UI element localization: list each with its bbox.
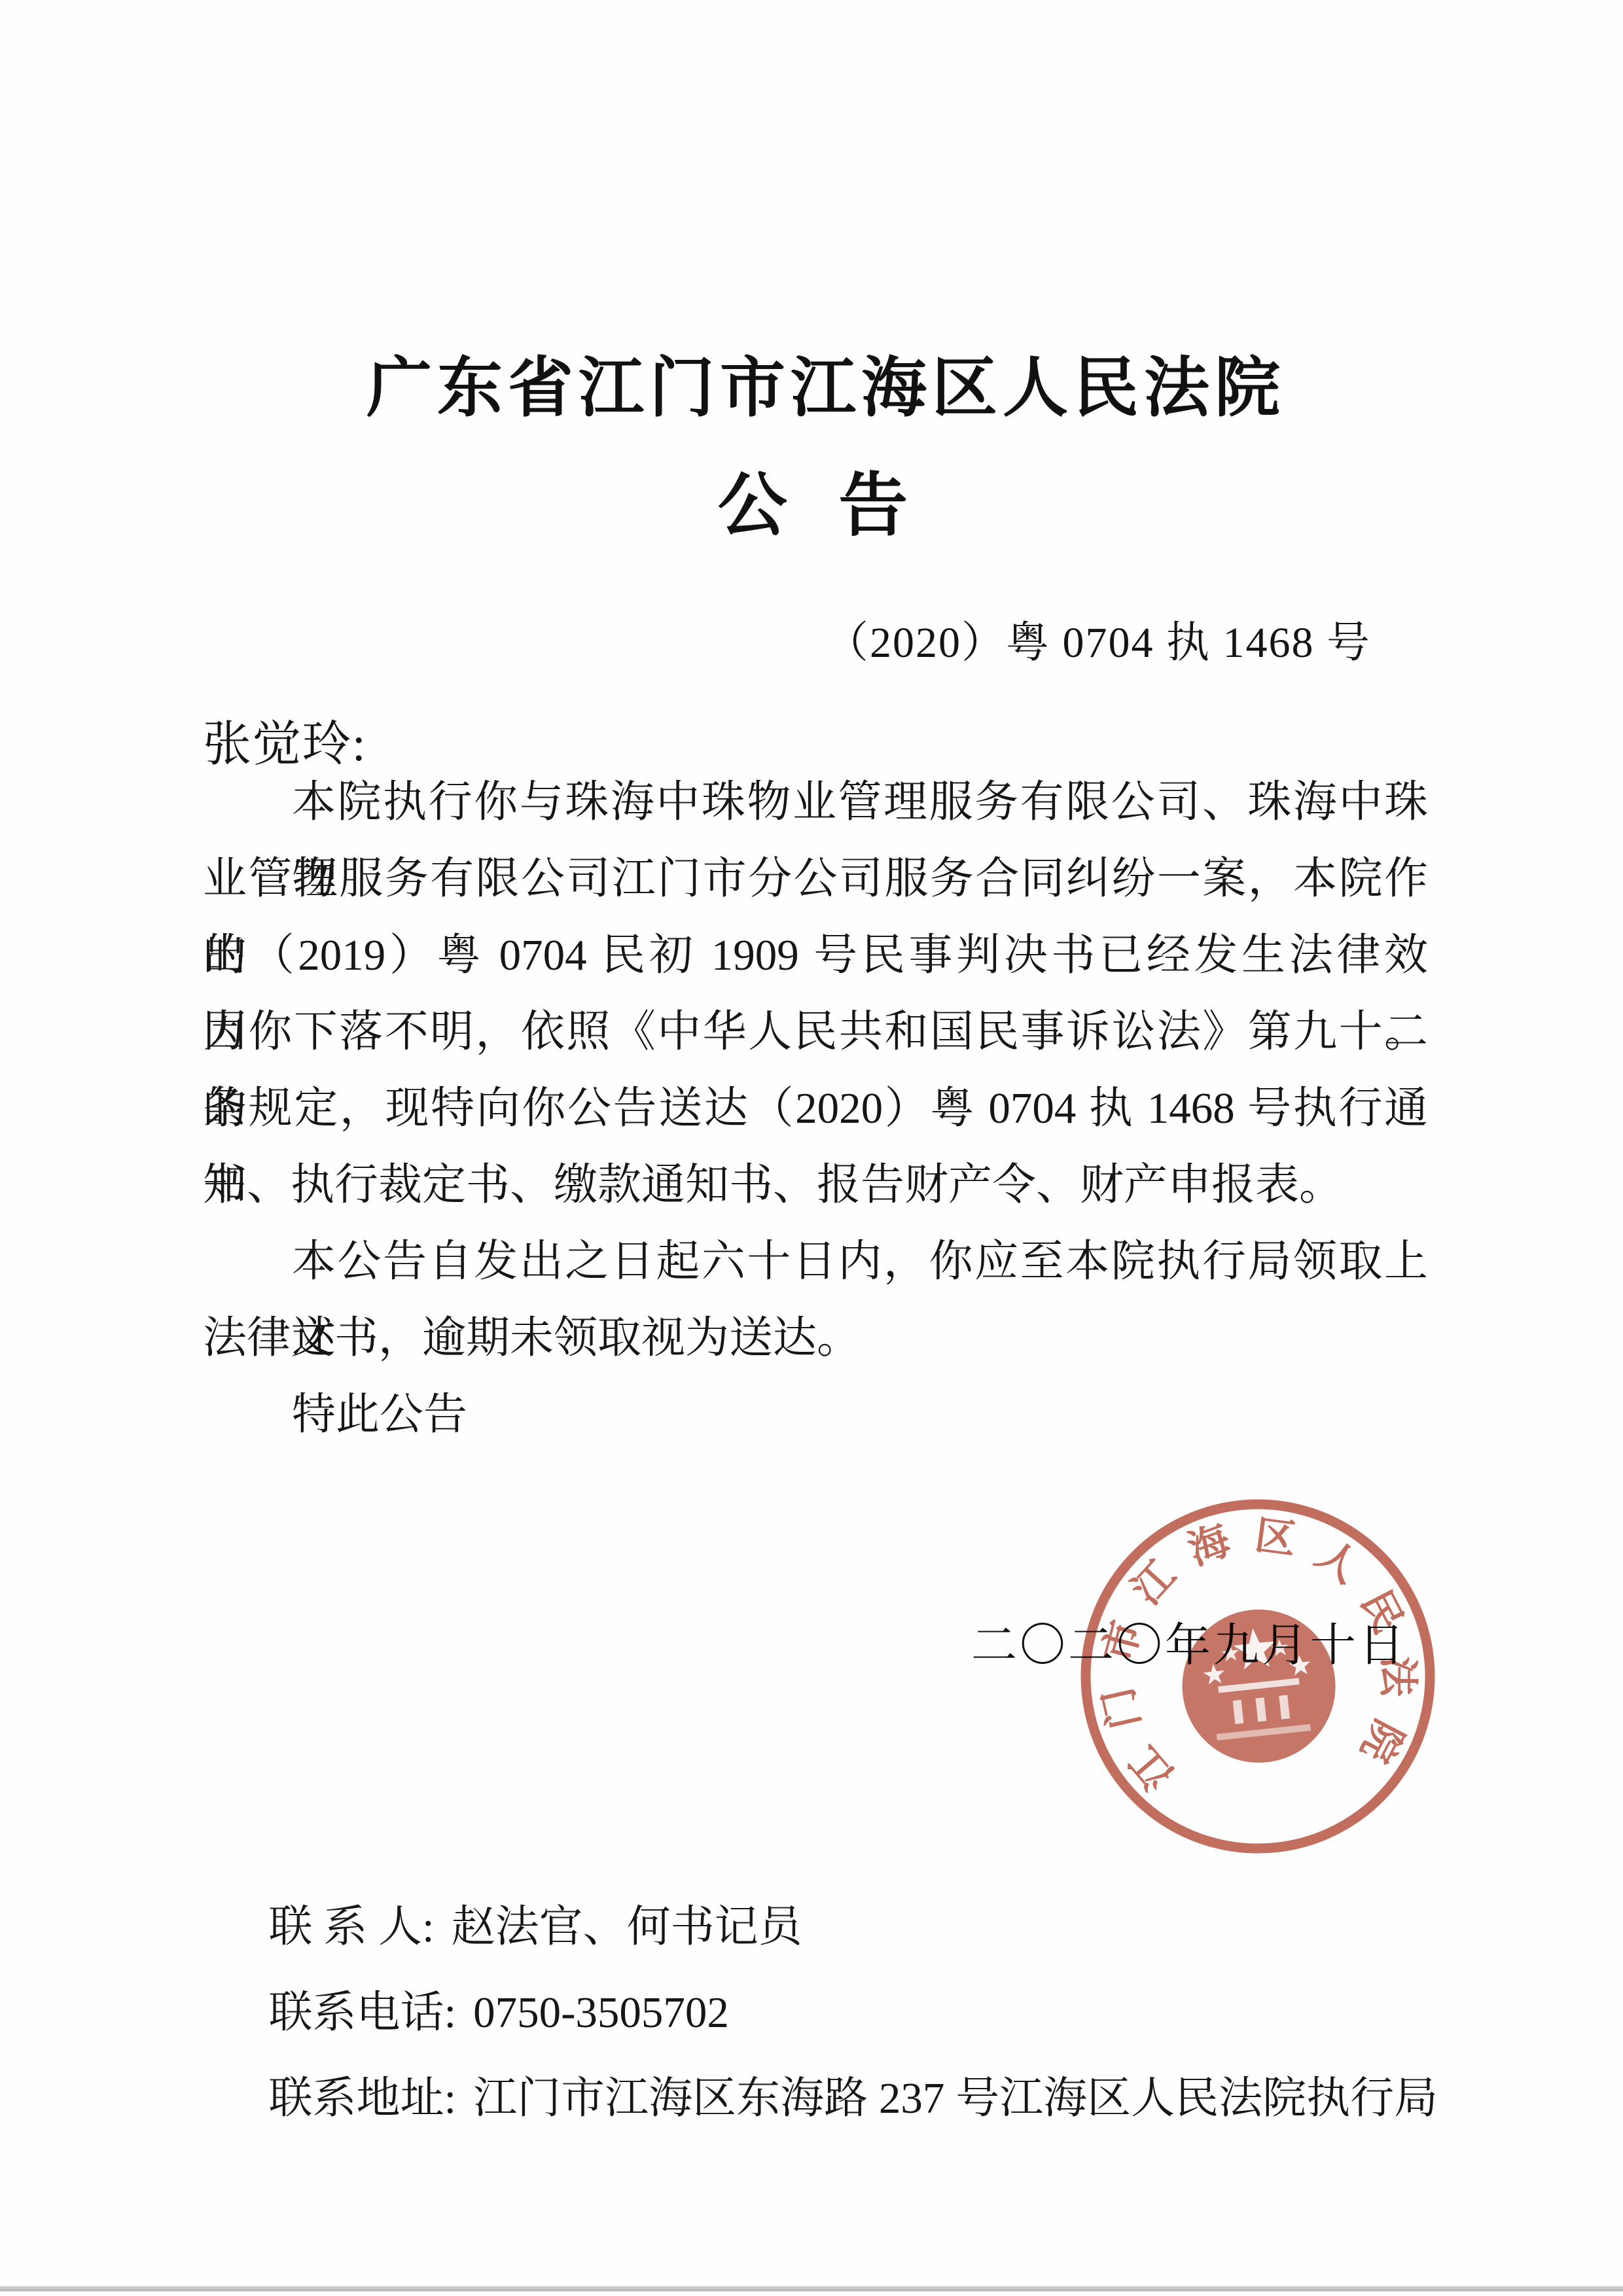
body-line: 本公告自发出之日起六十日内，你应至本院执行局领取上述	[203, 1224, 1428, 1300]
body-line: 书、执行裁定书、缴款通知书、报告财产令、财产申报表。	[203, 1147, 1428, 1224]
document-title: 公 告	[718, 450, 925, 550]
official-seal-graphic: 江门市江海区人民法院	[1049, 1468, 1466, 1884]
case-number: （2020）粤 0704 执 1468 号	[825, 607, 1371, 669]
court-name-heading: 广东省江门市江海区人民法院	[366, 335, 1285, 429]
contact-info: 联 系 人:赵法官、何书记员 联系电话:0750-3505702 联系地址:江门…	[203, 1829, 1446, 2086]
contact-phone-value: 0750-3505702	[473, 1988, 729, 2037]
document-page: 广东省江门市江海区人民法院 公 告 （2020）粤 0704 执 1468 号 …	[0, 0, 1623, 2296]
body-line: 业管理服务有限公司江门市分公司服务合同纠纷一案，本院作出	[203, 841, 1428, 917]
body-line: 本院执行你与珠海中珠物业管理服务有限公司、珠海中珠物	[203, 764, 1428, 841]
contact-person-value: 赵法官、何书记员	[452, 1903, 802, 1951]
contact-address-label: 联系地址:	[269, 2074, 457, 2123]
contact-person-label: 联 系 人:	[269, 1903, 435, 1951]
body-line: 因你下落不明，依照《中华人民共和国民事诉讼法》第九十二条	[203, 994, 1428, 1070]
scan-edge-artifact	[0, 2286, 1623, 2291]
notice-body: 本院执行你与珠海中珠物业管理服务有限公司、珠海中珠物 业管理服务有限公司江门市分…	[203, 764, 1428, 1453]
body-line: 的（2019）粤 0704 民初 1909 号民事判决书已经发生法律效力。	[203, 917, 1428, 994]
official-seal: 江门市江海区人民法院	[1049, 1468, 1466, 1884]
body-line: 的规定，现特向你公告送达（2020）粤 0704 执 1468 号执行通知	[203, 1070, 1428, 1147]
contact-address-value: 江门市江海区东海路 237 号江海区人民法院执行局	[473, 2074, 1438, 2123]
closing-phrase: 特此公告	[203, 1377, 1428, 1453]
contact-phone-label: 联系电话:	[269, 1988, 457, 2037]
body-line: 法律文书，逾期未领取视为送达。	[203, 1300, 1428, 1377]
national-emblem-icon	[1175, 1602, 1343, 1770]
